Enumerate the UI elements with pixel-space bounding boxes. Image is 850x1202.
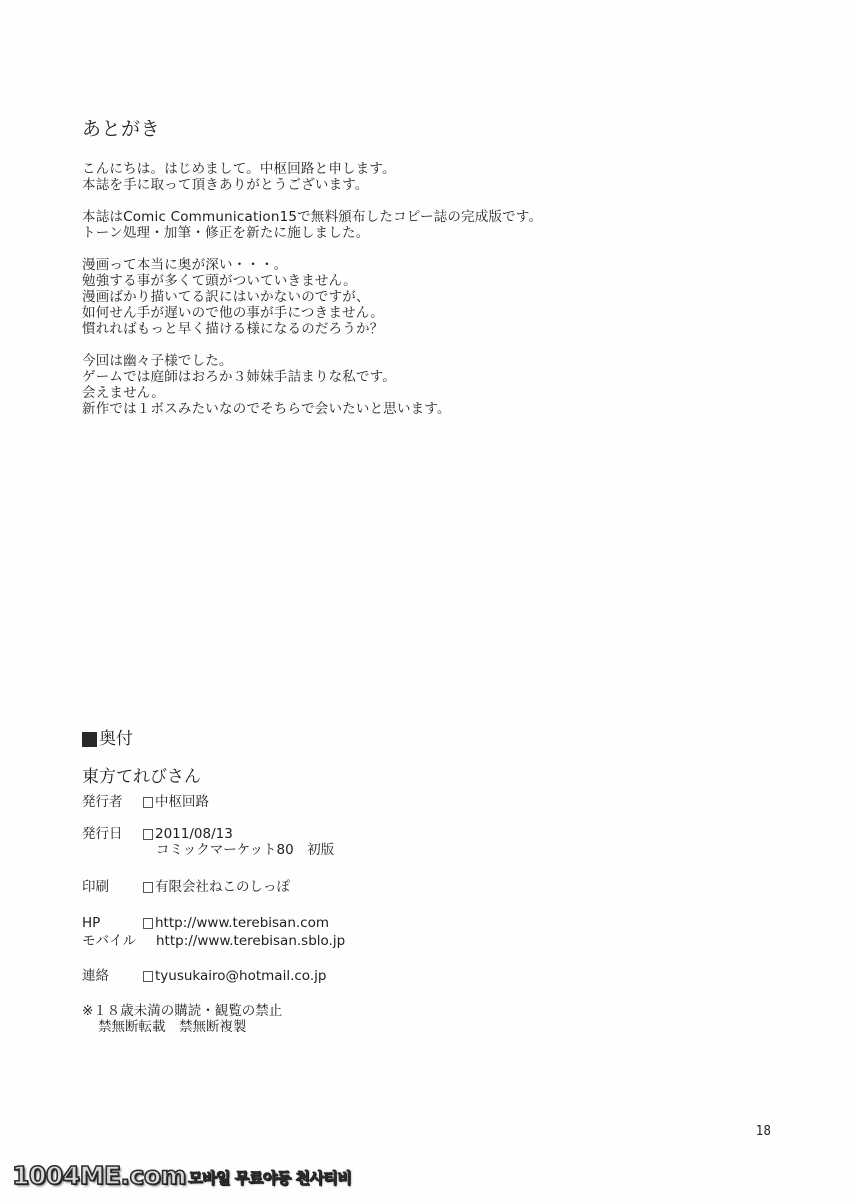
- notice-line-2: 禁無断転載 禁無断複製: [82, 1019, 282, 1035]
- contact-email[interactable]: tyusukairo@hotmail.co.jp: [155, 968, 326, 984]
- homepage-url[interactable]: http://www.terebisan.com: [155, 915, 329, 931]
- checkbox-square-icon: [143, 971, 153, 982]
- scanned-page: あとがき こんにちは。はじめまして。中枢回路と申します。 本誌を手に取って頂きあ…: [0, 0, 850, 1202]
- afterword-paragraph-1: こんにちは。はじめまして。中枢回路と申します。 本誌を手に取って頂きありがとうご…: [82, 161, 682, 193]
- publish-date-value: 2011/08/13: [155, 826, 233, 842]
- publish-date-value-wrap: 2011/08/13: [143, 826, 233, 842]
- afterword-paragraph-3: 漫画って本当に奥が深い・・・。 勉強する事が多くて頭がついていきません。 漫画ば…: [82, 257, 682, 337]
- book-title: 東方てれびさん: [82, 766, 201, 788]
- afterword-line: 漫画って本当に奥が深い・・・。: [82, 257, 682, 273]
- publish-date-label: 発行日: [82, 826, 123, 842]
- contact-label: 連絡: [82, 968, 109, 984]
- publisher-label: 発行者: [82, 794, 123, 810]
- notice-line-1: ※１８歳未満の購読・観覧の禁止: [82, 1003, 282, 1019]
- checkbox-square-icon: [143, 797, 153, 808]
- colophon-heading-text: 奥付: [99, 728, 133, 750]
- afterword-line: こんにちは。はじめまして。中枢回路と申します。: [82, 161, 682, 177]
- afterword-body: こんにちは。はじめまして。中枢回路と申します。 本誌を手に取って頂きありがとうご…: [82, 161, 682, 433]
- publish-event: コミックマーケット80 初版: [156, 842, 334, 858]
- mobile-label: モバイル: [82, 933, 136, 949]
- mobile-url[interactable]: http://www.terebisan.sblo.jp: [156, 933, 345, 949]
- contact-value-wrap: tyusukairo@hotmail.co.jp: [143, 968, 326, 984]
- checkbox-square-icon: [143, 829, 153, 840]
- publisher-value-wrap: 中枢回路: [143, 794, 209, 810]
- checkbox-square-icon: [143, 882, 153, 893]
- afterword-line: 新作では１ボスみたいなのでそちらで会いたいと思います。: [82, 401, 682, 417]
- page-number: 18: [756, 1124, 771, 1139]
- printer-label: 印刷: [82, 879, 109, 895]
- homepage-value-wrap: http://www.terebisan.com: [143, 915, 329, 931]
- publisher-value: 中枢回路: [155, 794, 209, 810]
- afterword-paragraph-2: 本誌はComic Communication15で無料頒布したコピー誌の完成版で…: [82, 209, 682, 241]
- afterword-line: 今回は幽々子様でした。: [82, 353, 682, 369]
- printer-value: 有限会社ねこのしっぽ: [155, 879, 290, 895]
- site-watermark: 1004ME.com 모바일 무료야동 천사티비: [12, 1160, 351, 1190]
- black-square-bullet-icon: [82, 732, 97, 747]
- afterword-line: ゲームでは庭師はおろか３姉妹手詰まりな私です。: [82, 369, 682, 385]
- homepage-label: HP: [82, 915, 100, 931]
- afterword-line: 勉強する事が多くて頭がついていきません。: [82, 273, 682, 289]
- afterword-line: 漫画ばかり描いてる訳にはいかないのですが、: [82, 289, 682, 305]
- afterword-line: トーン処理・加筆・修正を新たに施しました。: [82, 225, 682, 241]
- afterword-line: 本誌はComic Communication15で無料頒布したコピー誌の完成版で…: [82, 209, 682, 225]
- afterword-line: 本誌を手に取って頂きありがとうございます。: [82, 177, 682, 193]
- age-restriction-notice: ※１８歳未満の購読・観覧の禁止 禁無断転載 禁無断複製: [82, 1003, 282, 1035]
- colophon-heading: 奥付: [82, 728, 133, 750]
- watermark-brand: 1004ME.com: [12, 1162, 186, 1190]
- watermark-tagline: 모바일 무료야동 천사티비: [188, 1166, 351, 1190]
- afterword-line: 会えません。: [82, 385, 682, 401]
- afterword-line: 如何せん手が遅いので他の事が手につきません。: [82, 305, 682, 321]
- mobile-value-wrap: http://www.terebisan.sblo.jp: [156, 933, 345, 949]
- afterword-line: 慣れればもっと早く描ける様になるのだろうか？: [82, 321, 682, 337]
- afterword-paragraph-4: 今回は幽々子様でした。 ゲームでは庭師はおろか３姉妹手詰まりな私です。 会えませ…: [82, 353, 682, 417]
- printer-value-wrap: 有限会社ねこのしっぽ: [143, 879, 290, 895]
- checkbox-square-icon: [143, 918, 153, 929]
- afterword-title: あとがき: [82, 117, 160, 141]
